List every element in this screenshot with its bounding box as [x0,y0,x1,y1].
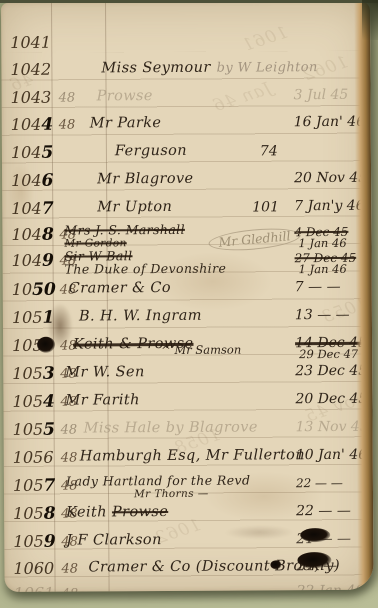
date-first: 22 — — [296,503,351,519]
entry-date: 7 — — [295,279,341,295]
date-revised: 1 Jan 46 [299,262,347,276]
fee-number: 101 [252,199,279,215]
entry-number: 1048 [11,225,54,245]
entry-number: 1053 [12,364,55,384]
entry-number-overinked: 4 [43,392,55,412]
entry-number-overinked: 7 [42,199,54,219]
entry-date: 22 — — [296,503,351,519]
ledger-page: 10611062Jan 461053Nov 451058106246 10411… [1,1,374,592]
entry-number: 1056 [13,448,54,467]
scanned-ledger-photo: { "colors": { "paper": "#e6d8bb", "ink":… [0,0,378,608]
entry-number: 1045 [11,143,54,163]
date-first: 3 Jul 45 [294,87,349,103]
entry-name: Mr W. Sen [65,364,145,380]
ledger-row: 10614822 Jan 46 [5,582,365,592]
date-first: 7 — — [295,279,341,295]
entry-number-overinked: 7 [43,476,55,496]
entry-number-overinked: 6 [42,171,54,191]
entry-number: 1058 [13,504,56,524]
folio-code: 48 [61,562,78,577]
entry-date: 3 Jul 45 [294,87,349,103]
date-first: 22 Jan 46 [297,583,365,592]
ledger-row: 104948Sir W BallThe Duke of Devonshire27… [3,249,363,281]
entry-number-overinked: 8 [42,225,54,245]
ledger-rows: 10411042Miss Seymourby W Leighton104348P… [1,1,370,3]
date-first: 22 — — [296,476,343,490]
fee-number: 74 [260,143,278,159]
entry-number-overinked: 9 [44,532,56,552]
date-first: 7 Jan'y 46 [294,198,364,214]
entry-number: 1043 [11,88,52,107]
entry-number-overinked: 8 [44,504,56,524]
entry-number: 1044 [11,115,54,135]
date-revised: 29 Dec 47 [299,347,358,361]
date-first: 13 — — [295,307,350,323]
entry-date: 22 — — [296,475,343,491]
entry-date: 22 Jan 46 [297,583,365,592]
entry-number: 1049 [12,251,55,271]
entry-number: 1050 [12,280,56,300]
entry-name-secondary: The Duke of Devonshire [65,261,227,277]
bleed-through-layer: 10611062Jan 461053Nov 451058106246 [1,1,370,3]
entry-name: Miss Seymourby W Leighton [101,59,317,76]
ink-blot [270,560,281,569]
entry-name: Ferguson [115,143,187,159]
entry-name: Prowse [97,88,153,104]
entry-name: Cramer & Co [69,280,171,297]
entry-name: Mr Farith [65,392,140,408]
entry-number: 1059 [13,532,56,552]
entry-name: Mrs J. S. Marshall [64,222,185,238]
entry-number: 1047 [11,199,54,219]
entry-name: Keith Prowse [66,504,168,521]
entry-number-overinked: 4 [41,115,53,135]
entry-number-overinked: 9 [42,251,54,271]
entry-name: B. H. W. Ingram [79,308,202,325]
folio-code: 48 [59,118,76,133]
entry-name: Hamburgh Esq, Mr Fullerton [80,447,305,464]
entry-number-overinked: 5 [43,420,55,440]
entry-number: 1042 [10,60,51,79]
entry-number: 1060 [13,559,54,578]
entry-number: 1055 [13,420,56,440]
entry-number-overinked: 50 [32,280,56,300]
entry-date: 27 Dec 451 Jan 46 [295,250,357,266]
inserted-name: ^ Mr Samson [161,343,241,357]
entry-name: J F Clarkson [66,532,162,549]
page-fore-edge [354,1,374,590]
folio-code: 48 [61,423,78,438]
entry-name: Mr Upton [97,199,172,215]
entry-name-struck-part: Prowse [112,504,168,520]
entry-number: 1057 [13,476,56,496]
entry-name-secondary: Mr Thorns — [134,488,209,500]
entry-number: 1054 [12,392,55,412]
pencil-note: by W Leighton [217,60,318,76]
entry-date: 4 Dec 451 Jan 46 [294,224,348,240]
entry-number-overinked: 5 [41,143,53,163]
entry-number: 1046 [11,171,54,191]
folio-code: 48 [59,91,76,106]
entry-date: 13 — — [295,307,350,323]
entry-number: 1041 [10,33,51,52]
entry-date: 7 Jan'y 46 [294,198,364,214]
folio-code: 48 [61,451,78,466]
entry-name: Mr Parke [90,115,162,131]
entry-name: Lady Hartland for the Revd [66,472,251,488]
ink-blot [37,337,55,353]
folio-code: 48 [62,587,79,592]
entry-name: Mr Blagrove [97,171,194,188]
entry-number-overinked: 3 [43,364,55,384]
entry-name: Miss Hale by Blagrove [84,419,258,436]
entry-number: 1061 [14,584,55,592]
